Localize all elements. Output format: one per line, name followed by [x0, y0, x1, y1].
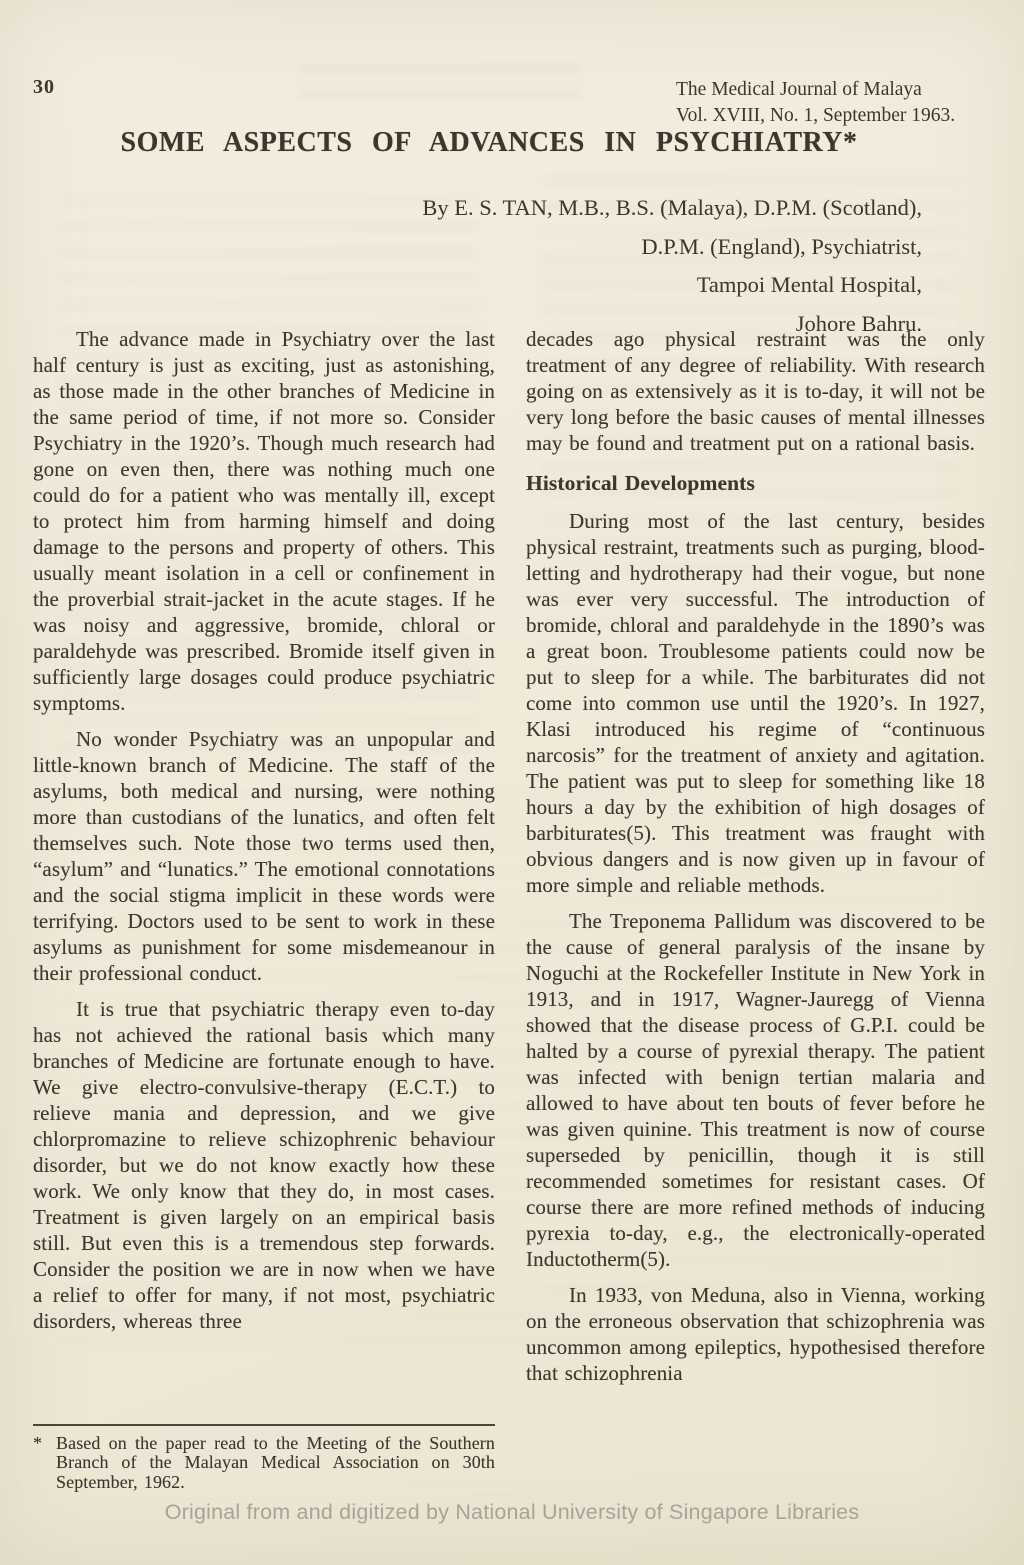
paragraph: The advance made in Psychiatry over the …: [33, 326, 495, 716]
footnote-paragraph: *Based on the paper read to the Meeting …: [33, 1434, 495, 1493]
byline-line: By E. S. TAN, M.B., B.S. (Malaya), D.P.M…: [422, 189, 922, 228]
paragraph: No wonder Psychiatry was an unpopular an…: [33, 726, 495, 986]
right-column: decades ago physical restraint was the o…: [526, 326, 985, 1396]
scanned-journal-page: 30 The Medical Journal of Malaya Vol. XV…: [0, 0, 1024, 1565]
footnote-marker: *: [33, 1434, 56, 1454]
byline: By E. S. TAN, M.B., B.S. (Malaya), D.P.M…: [422, 189, 922, 343]
digitization-watermark: Original from and digitized by National …: [0, 1500, 1024, 1525]
footnote: *Based on the paper read to the Meeting …: [33, 1424, 495, 1493]
page-number: 30: [33, 76, 55, 99]
byline-line: Tampoi Mental Hospital,: [422, 266, 922, 305]
footnote-text: Based on the paper read to the Meeting o…: [56, 1433, 495, 1492]
journal-title: The Medical Journal of Malaya: [676, 77, 955, 103]
bleed-through-artifact: [300, 64, 580, 98]
journal-issue: Vol. XVIII, No. 1, September 1963.: [676, 103, 955, 129]
article-title: SOME ASPECTS OF ADVANCES IN PSYCHIATRY*: [0, 127, 1024, 159]
journal-reference: The Medical Journal of Malaya Vol. XVIII…: [676, 77, 955, 129]
paragraph: During most of the last century, besides…: [526, 508, 985, 898]
left-column: The advance made in Psychiatry over the …: [33, 326, 495, 1492]
paragraph: decades ago physical restraint was the o…: [526, 326, 985, 456]
paragraph: The Treponema Pallidum was discovered to…: [526, 908, 985, 1272]
byline-line: D.P.M. (England), Psychiatrist,: [422, 228, 922, 267]
section-heading: Historical Developments: [526, 470, 985, 496]
paragraph: It is true that psychiatric therapy even…: [33, 996, 495, 1334]
paragraph: In 1933, von Meduna, also in Vienna, wor…: [526, 1282, 985, 1386]
